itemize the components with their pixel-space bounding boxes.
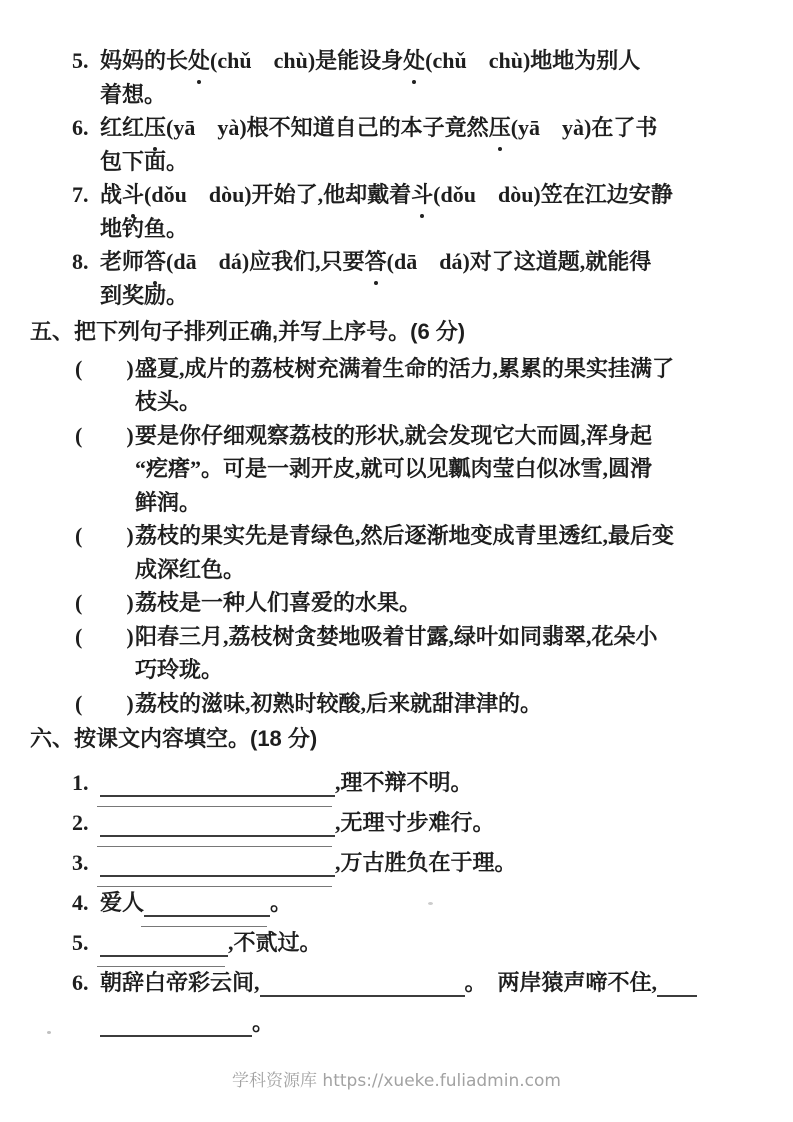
text: (dǒu dòu)笠在江边安静 (433, 182, 673, 207)
document-body: 5.妈妈的长处(chǔ chù)是能设身处(chǔ chù)地地为别人着想。6.… (0, 0, 793, 1043)
order-answer-parens[interactable]: ( ) (75, 620, 134, 654)
order-answer-parens[interactable]: ( ) (75, 586, 134, 620)
item-line: 7.战斗(dǒu dòu)开始了,他却戴着斗(dǒu dòu)笠在江边安静 (0, 178, 793, 212)
text: 战 (100, 182, 122, 207)
section5-sentence-ordering: ( )盛夏,成片的荔枝树充满着生命的活力,累累的果实挂满了枝头。( )要是你仔细… (0, 352, 793, 721)
text: 地钓鱼。 (100, 216, 188, 241)
text: (yā yà)根不知道自己的本子竟然 (166, 115, 489, 140)
worksheet-page: 5.妈妈的长处(chǔ chù)是能设身处(chǔ chù)地地为别人着想。6.… (0, 0, 793, 1122)
order-answer-parens[interactable]: ( ) (75, 352, 134, 386)
item-number: 6. (72, 963, 89, 1003)
item-number: 3. (72, 843, 89, 883)
emphasized-char: 答 (144, 245, 166, 279)
item-line: ( )荔枝是一种人们喜爱的水果。 (0, 586, 793, 620)
text: (dǒu dòu)开始了,他却戴着 (144, 182, 411, 207)
item-line: 2.,无理寸步难行。 (0, 803, 793, 843)
text: 荔枝的滋味,初熟时较酸,后来就甜津津的。 (135, 691, 542, 716)
item-number: 7. (72, 178, 89, 212)
text: 要是你仔细观察荔枝的形状,就会发现它大而圆,浑身起 (135, 423, 652, 448)
item-continuation-line: 枝头。 (0, 385, 793, 419)
emphasized-char: 斗 (122, 178, 144, 212)
order-answer-parens[interactable]: ( ) (75, 519, 134, 553)
section6-fill-in-blanks: 1.,理不辩不明。2.,无理寸步难行。3.,万古胜负在于理。4.爱人。5.,不贰… (0, 763, 793, 1043)
item-number: 5. (72, 923, 89, 963)
footer-text: 学科资源库 https://xueke.fuliadmin.com (232, 1071, 561, 1091)
item-line: 5.妈妈的长处(chǔ chù)是能设身处(chǔ chù)地地为别人 (0, 44, 793, 78)
item-continuation-line: 到奖励。 (0, 279, 793, 313)
emphasized-char: 答 (365, 245, 387, 279)
item-line: ( )荔枝的滋味,初熟时较酸,后来就甜津津的。 (0, 687, 793, 721)
text: ,理不辩不明。 (335, 770, 473, 795)
item-number: 8. (72, 245, 89, 279)
item-line: ( )荔枝的果实先是青绿色,然后逐渐地变成青里透红,最后变 (0, 519, 793, 553)
item-continuation-line: 地钓鱼。 (0, 212, 793, 246)
text: 阳春三月,荔枝树贪婪地吸着甘露,绿叶如同翡翠,花朵小 (135, 624, 658, 649)
text: 着想。 (100, 82, 166, 107)
item-number: 6. (72, 111, 89, 145)
answer-blank[interactable] (657, 968, 697, 990)
answer-blank[interactable] (100, 768, 335, 790)
answer-blank[interactable] (100, 1008, 252, 1030)
text: 巧玲珑。 (135, 657, 223, 682)
text: 老师 (100, 249, 144, 274)
text: 到奖励。 (100, 283, 188, 308)
answer-blank[interactable] (100, 848, 335, 870)
text: ,无理寸步难行。 (335, 810, 495, 835)
text: 成深红色。 (135, 557, 245, 582)
text: 红红 (100, 115, 144, 140)
answer-blank[interactable] (260, 968, 465, 990)
item-line: 6.朝辞白帝彩云间,。 两岸猿声啼不住, (0, 963, 793, 1003)
item-continuation-line: 包下面。 (0, 145, 793, 179)
text: ,不贰过。 (228, 930, 322, 955)
emphasized-char: 压 (144, 111, 166, 145)
emphasized-char: 压 (489, 111, 511, 145)
item-line: 8.老师答(dā dá)应我们,只要答(dā dá)对了这道题,就能得 (0, 245, 793, 279)
item-line: ( )要是你仔细观察荔枝的形状,就会发现它大而圆,浑身起 (0, 419, 793, 453)
item-number: 5. (72, 44, 89, 78)
text: 妈妈的长 (100, 48, 188, 73)
emphasized-char: 处 (188, 44, 210, 78)
answer-blank[interactable] (100, 928, 228, 950)
text: 。 两岸猿声啼不住, (465, 970, 658, 995)
order-answer-parens[interactable]: ( ) (75, 687, 134, 721)
text: 爱人 (100, 890, 144, 915)
item-continuation-line: 巧玲珑。 (0, 653, 793, 687)
text: 荔枝的果实先是青绿色,然后逐渐地变成青里透红,最后变 (135, 523, 674, 548)
text: 鲜润。 (135, 490, 201, 515)
scan-speck (47, 1031, 51, 1034)
emphasized-char: 处 (403, 44, 425, 78)
item-continuation-line: 鲜润。 (0, 486, 793, 520)
item-number: 4. (72, 883, 89, 923)
item-number: 2. (72, 803, 89, 843)
text: 盛夏,成片的荔枝树充满着生命的活力,累累的果实挂满了 (135, 356, 674, 381)
item-line: 4.爱人。 (0, 883, 793, 923)
item-continuation-line: 。 (0, 1003, 793, 1043)
section-pinyin-choice-items: 5.妈妈的长处(chǔ chù)是能设身处(chǔ chù)地地为别人着想。6.… (0, 44, 793, 312)
order-answer-parens[interactable]: ( ) (75, 419, 134, 453)
item-line: ( )盛夏,成片的荔枝树充满着生命的活力,累累的果实挂满了 (0, 352, 793, 386)
text: (dā dá)应我们,只要 (166, 249, 365, 274)
text: 。 (270, 890, 292, 915)
item-line: 1.,理不辩不明。 (0, 763, 793, 803)
item-continuation-line: 成深红色。 (0, 553, 793, 587)
item-line: 5.,不贰过。 (0, 923, 793, 963)
item-line: 6.红红压(yā yà)根不知道自己的本子竟然压(yā yà)在了书 (0, 111, 793, 145)
section5-heading: 五、把下列句子排列正确,并写上序号。(6 分) (0, 315, 793, 349)
item-continuation-line: “疙瘩”。可是一剥开皮,就可以见瓤肉莹白似冰雪,圆滑 (0, 452, 793, 486)
text: (chǔ chù)是能设身 (210, 48, 403, 73)
answer-blank[interactable] (100, 808, 335, 830)
item-number: 1. (72, 763, 89, 803)
text: “疙瘩”。可是一剥开皮,就可以见瓤肉莹白似冰雪,圆滑 (135, 456, 652, 481)
text: 枝头。 (135, 389, 201, 414)
answer-blank[interactable] (144, 888, 270, 910)
emphasized-char: 斗 (411, 178, 433, 212)
text: 。 (252, 1010, 274, 1035)
section6-heading: 六、按课文内容填空。(18 分) (0, 722, 793, 756)
text: ,万古胜负在于理。 (335, 850, 517, 875)
text: 包下面。 (100, 149, 188, 174)
text: (dā dá)对了这道题,就能得 (387, 249, 652, 274)
footer-watermark: 学科资源库 https://xueke.fuliadmin.com (0, 1066, 793, 1091)
text: (chǔ chù)地地为别人 (425, 48, 640, 73)
text: 荔枝是一种人们喜爱的水果。 (135, 590, 421, 615)
item-continuation-line: 着想。 (0, 78, 793, 112)
text: 朝辞白帝彩云间, (100, 970, 260, 995)
item-line: ( )阳春三月,荔枝树贪婪地吸着甘露,绿叶如同翡翠,花朵小 (0, 620, 793, 654)
scan-speck (428, 902, 433, 905)
text: (yā yà)在了书 (511, 115, 658, 140)
item-line: 3.,万古胜负在于理。 (0, 843, 793, 883)
